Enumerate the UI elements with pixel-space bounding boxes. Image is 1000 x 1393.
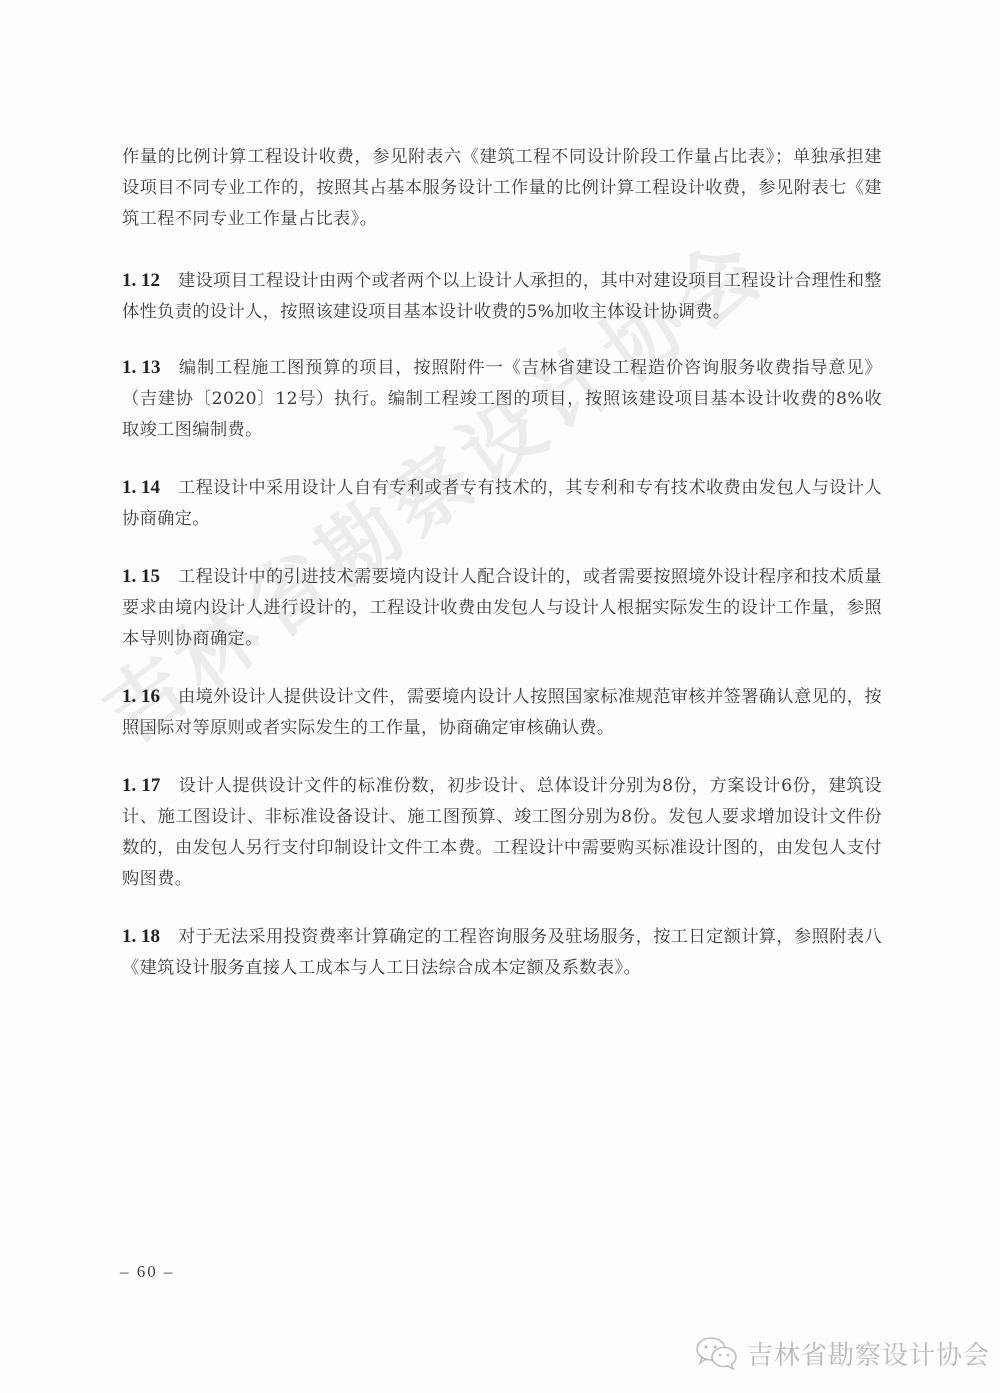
clause-1-15: 1. 15工程设计中的引进技术需要境内设计人配合设计的，或者需要按照境外设计程序… (122, 561, 882, 655)
clause-text: 编制工程施工图预算的项目，按照附件一《吉林省建设工程造价咨询服务收费指导意见》（… (122, 358, 882, 440)
wechat-icon (695, 1336, 739, 1370)
document-page: 吉林省勘察设计协会 作量的比例计算工程设计收费，参见附表六《建筑工程不同设计阶段… (0, 0, 1000, 1393)
clause-text: 工程设计中采用设计人自有专利或者专有技术的，其专利和专有技术收费由发包人与设计人… (122, 478, 882, 529)
source-badge: 吉林省勘察设计协会 (695, 1333, 990, 1373)
clause-number: 1. 15 (122, 566, 160, 587)
clause-number: 1. 18 (122, 926, 160, 947)
intro-paragraph: 作量的比例计算工程设计收费，参见附表六《建筑工程不同设计阶段工作量占比表》；单独… (122, 142, 882, 235)
clause-number: 1. 16 (122, 686, 160, 707)
clause-number: 1. 12 (122, 270, 160, 291)
clause-text: 建设项目工程设计由两个或者两个以上设计人承担的，其中对建设项目工程设计合理性和整… (122, 271, 882, 322)
clause-text: 工程设计中的引进技术需要境内设计人配合设计的，或者需要按照境外设计程序和技术质量… (122, 567, 882, 649)
page-number: – 60 – (120, 1262, 175, 1282)
clause-1-14: 1. 14工程设计中采用设计人自有专利或者专有技术的，其专利和专有技术收费由发包… (122, 472, 882, 535)
clause-text: 设计人提供设计文件的标准份数，初步设计、总体设计分别为8份，方案设计6份，建筑设… (122, 776, 882, 889)
document-body: 作量的比例计算工程设计收费，参见附表六《建筑工程不同设计阶段工作量占比表》；单独… (122, 142, 882, 984)
clause-1-13: 1. 13编制工程施工图预算的项目，按照附件一《吉林省建设工程造价咨询服务收费指… (122, 352, 882, 446)
clause-1-16: 1. 16由境外设计人提供设计文件，需要境内设计人按照国家标准规范审核并签署确认… (122, 681, 882, 744)
clause-1-18: 1. 18对于无法采用投资费率计算确定的工程咨询服务及驻场服务，按工日定额计算，… (122, 921, 882, 984)
source-account-name: 吉林省勘察设计协会 (747, 1335, 990, 1372)
clause-number: 1. 17 (122, 775, 160, 796)
clause-1-12: 1. 12建设项目工程设计由两个或者两个以上设计人承担的，其中对建设项目工程设计… (122, 265, 882, 328)
clause-number: 1. 13 (122, 357, 160, 378)
clause-text: 由境外设计人提供设计文件，需要境内设计人按照国家标准规范审核并签署确认意见的，按… (122, 687, 882, 738)
clause-number: 1. 14 (122, 477, 160, 498)
clause-text: 对于无法采用投资费率计算确定的工程咨询服务及驻场服务，按工日定额计算，参照附表八… (122, 927, 882, 978)
clause-1-17: 1. 17设计人提供设计文件的标准份数，初步设计、总体设计分别为8份，方案设计6… (122, 770, 882, 895)
